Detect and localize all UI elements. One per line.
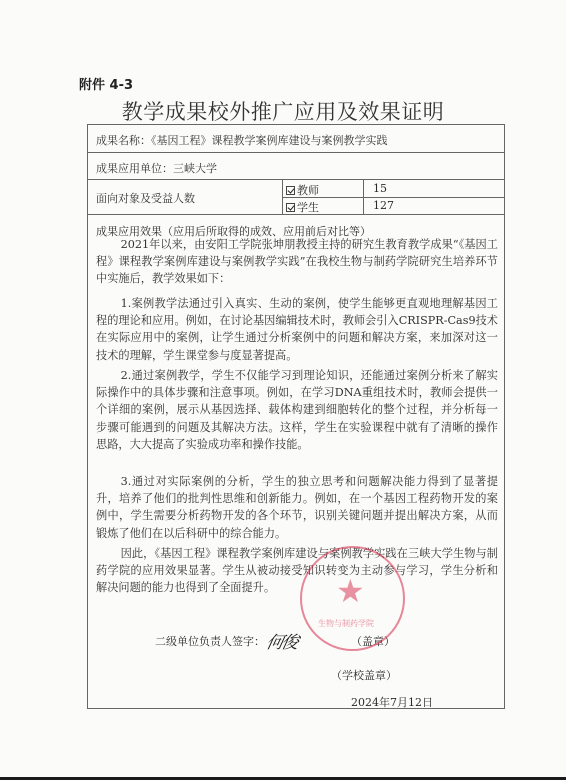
- audience-item-student: 学生: [286, 199, 319, 215]
- achievement-name: 成果名称：《基因工程》课程教学案例库建设与案例教学实践: [96, 132, 388, 148]
- conclusion-paragraph: 因此，《基因工程》课程教学案例库建设与案例教学实践在三峡大学生物与制药学院的应用…: [96, 545, 498, 597]
- achievement-name-row: 成果名称：《基因工程》课程教学案例库建设与案例教学实践: [88, 125, 504, 153]
- seal-note: （盖章）: [351, 633, 395, 649]
- checkbox-checked-icon[interactable]: [286, 186, 295, 195]
- application-unit-row: 成果应用单位：三峡大学: [88, 153, 504, 180]
- handwritten-signature: 何俊: [264, 628, 299, 653]
- audience-item-teacher: 教师: [286, 182, 319, 198]
- audience-count-student: 127: [373, 199, 394, 212]
- school-seal-note: （学校盖章）: [331, 667, 397, 683]
- signature-line: 二级单位负责人签字： 何俊 （盖章）: [155, 628, 395, 653]
- document-title: 教学成果校外推广应用及效果证明: [0, 96, 566, 126]
- certificate-form-table: 成果名称：《基因工程》课程教学案例库建设与案例教学实践 成果应用单位：三峡大学 …: [87, 124, 505, 709]
- audience-row: 面向对象及受益人数 教师 15 学生 127: [88, 180, 504, 215]
- checkbox-checked-icon[interactable]: [286, 203, 295, 212]
- effect-paragraph-1: 1.案例教学法通过引入真实、生动的案例，使学生能够更直观地理解基因工程的理论和应…: [96, 295, 498, 364]
- attachment-label: 附件 4-3: [79, 74, 133, 93]
- intro-paragraph: 2021年以来，由安阳工学院张坤朋教授主持的研究生教育教学成果“《基因工程》课程…: [96, 236, 498, 288]
- signature-label: 二级单位负责人签字：: [155, 633, 265, 649]
- signature-date: 2024年7月12日: [351, 694, 433, 710]
- application-unit: 成果应用单位：三峡大学: [96, 160, 217, 176]
- effect-paragraph-2: 2.通过案例教学，学生不仅能学习到理论知识，还能通过案例分析来了解实际操作中的具…: [96, 367, 498, 453]
- effect-paragraph-3: 3.通过对实际案例的分析，学生的独立思考和问题解决能力得到了显著提升，培养了他们…: [96, 473, 498, 542]
- audience-label: 面向对象及受益人数: [96, 190, 195, 206]
- audience-item-label: 教师: [297, 182, 319, 198]
- audience-item-label: 学生: [297, 199, 319, 215]
- audience-count-teacher: 15: [373, 182, 387, 195]
